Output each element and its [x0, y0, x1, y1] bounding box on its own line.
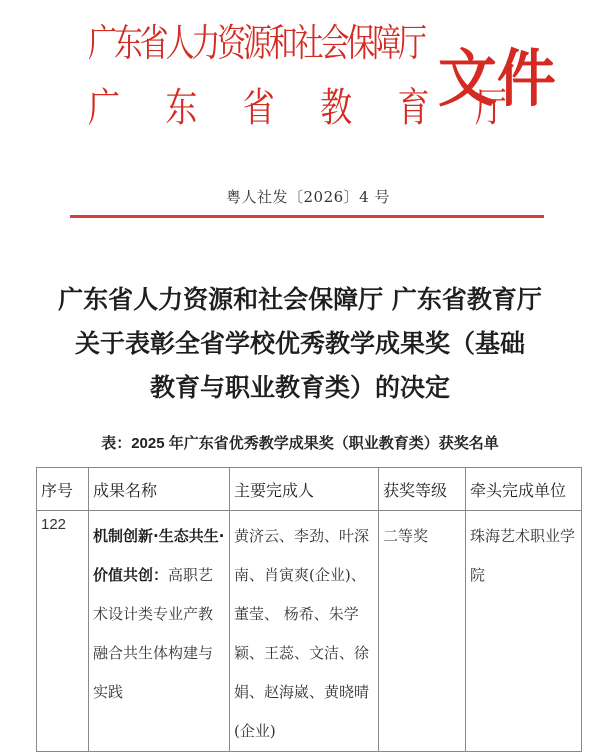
cell-award-level: 二等奖 — [379, 511, 466, 752]
document-type-label: 文件 — [438, 44, 556, 114]
header-award-level: 获奖等级 — [379, 468, 466, 511]
cell-seq: 122 — [37, 511, 89, 752]
document-title-line-3: 教育与职业教育类）的决定 — [0, 366, 600, 410]
achievement-name-rest: 高职艺术设计类专业产教融合共生体构建与实践 — [93, 566, 213, 701]
issuer-line-hrss: 广东省人力资源和社会保障厅 — [88, 20, 424, 66]
document-title-line-1: 广东省人力资源和社会保障厅 广东省教育厅 — [0, 278, 600, 322]
cell-main-contributors: 黄济云、李劲、叶深南、肖寅爽(企业)、董莹、 杨希、朱学颖、王蕊、文洁、徐娟、赵… — [230, 511, 379, 752]
table-header-row: 序号 成果名称 主要完成人 获奖等级 牵头完成单位 — [37, 468, 582, 511]
document-title-line-2: 关于表彰全省学校优秀教学成果奖（基础 — [0, 322, 600, 366]
table-row: 122 机制创新·生态共生·价值共创：高职艺术设计类专业产教融合共生体构建与实践… — [37, 511, 582, 752]
cell-lead-unit: 珠海艺术职业学院 — [466, 511, 582, 752]
header-lead-unit: 牵头完成单位 — [466, 468, 582, 511]
header-seq: 序号 — [37, 468, 89, 511]
red-divider-rule — [70, 215, 544, 218]
document-number: 粤人社发〔2026〕4 号 — [226, 186, 390, 208]
header-main-contributors: 主要完成人 — [230, 468, 379, 511]
header-achievement-name: 成果名称 — [89, 468, 230, 511]
award-table: 序号 成果名称 主要完成人 获奖等级 牵头完成单位 122 机制创新·生态共生·… — [36, 467, 582, 752]
table-caption: 表：2025 年广东省优秀教学成果奖（职业教育类）获奖名单 — [0, 432, 600, 453]
cell-achievement-name: 机制创新·生态共生·价值共创：高职艺术设计类专业产教融合共生体构建与实践 — [89, 511, 230, 752]
